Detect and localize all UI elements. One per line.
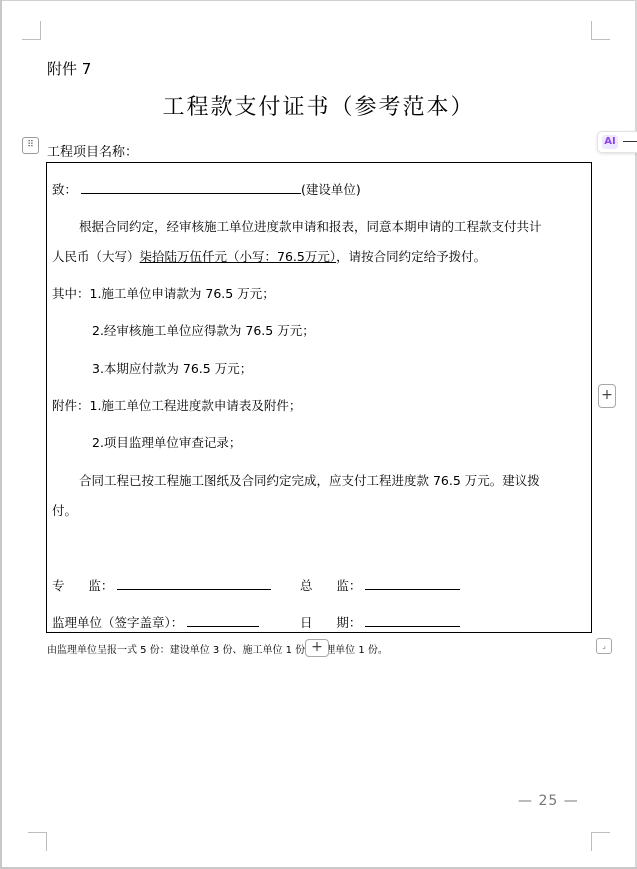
signature-row-1-right: 总 监： bbox=[300, 576, 460, 594]
amount-text: 柒拾陆万伍仟元（小写：76.5万元） bbox=[140, 249, 337, 264]
para1-line1: 根据合同约定，经审核施工单位进度款申请和报表，同意本期申请的工程款支付共计 bbox=[79, 217, 542, 235]
recipient-suffix: (建设单位) bbox=[301, 182, 361, 197]
chief-label: 总 监： bbox=[300, 578, 361, 593]
ai-assistant-button[interactable]: AI bbox=[597, 131, 637, 153]
margin-corner-top-left bbox=[22, 21, 41, 40]
attachment-item-1: 附件：1.施工单位工程进度款申请表及附件； bbox=[52, 396, 301, 414]
margin-corner-top-right bbox=[591, 21, 610, 40]
margin-corner-bottom-right bbox=[591, 832, 610, 851]
signature-row-1: 专 监： bbox=[52, 576, 271, 594]
table-resize-handle[interactable]: ⌟ bbox=[596, 638, 612, 654]
signature-row-2-right: 日 期： bbox=[300, 613, 460, 631]
para1-suffix: ，请按合同约定给予拨付。 bbox=[336, 249, 486, 264]
add-column-button[interactable]: + bbox=[598, 384, 616, 408]
page-left-edge bbox=[0, 0, 2, 869]
unit-label: 监理单位（签字盖章）： bbox=[52, 615, 183, 630]
to-label: 致： bbox=[52, 182, 77, 197]
unit-blank[interactable] bbox=[187, 614, 259, 627]
ai-icon: AI bbox=[602, 135, 618, 149]
date-label: 日 期： bbox=[300, 615, 361, 630]
table-move-handle[interactable]: ⠿ bbox=[22, 137, 39, 154]
breakdown-item-1: 其中：1.施工单位申请款为 76.5 万元； bbox=[52, 284, 275, 302]
para1-line2: 人民币（大写）柒拾陆万伍仟元（小写：76.5万元），请按合同约定给予拨付。 bbox=[52, 247, 486, 265]
project-name-label: 工程项目名称： bbox=[47, 141, 138, 160]
attachment-item-2: 2.项目监理单位审查记录； bbox=[92, 433, 241, 451]
specialist-blank[interactable] bbox=[117, 577, 271, 590]
chief-blank[interactable] bbox=[365, 577, 460, 590]
page-title: 工程款支付证书（参考范本） bbox=[0, 90, 637, 121]
distribution-footnote: 由监理单位呈报一式 5 份：建设单位 3 份、施工单位 1 份、监理单位 1 份… bbox=[47, 641, 388, 656]
add-row-button[interactable]: + bbox=[305, 639, 329, 657]
conclusion-line1: 合同工程已按工程施工图纸及合同约定完成，应支付工程进度款 76.5 万元。建议拨 bbox=[79, 471, 540, 489]
breakdown-item-2: 2.经审核施工单位应得款为 76.5 万元； bbox=[92, 321, 315, 339]
recipient-blank[interactable] bbox=[81, 181, 301, 194]
attachment-label: 附件 7 bbox=[47, 58, 91, 79]
payment-certificate-table[interactable]: 致： (建设单位) 根据合同约定，经审核施工单位进度款申请和报表，同意本期申请的… bbox=[46, 162, 592, 633]
collapse-dash-icon bbox=[623, 141, 637, 142]
specialist-label: 专 监： bbox=[52, 578, 113, 593]
page-top-edge bbox=[0, 0, 637, 1]
margin-corner-bottom-left bbox=[28, 832, 47, 851]
date-blank[interactable] bbox=[365, 614, 460, 627]
breakdown-item-3: 3.本期应付款为 76.5 万元； bbox=[92, 359, 252, 377]
conclusion-line2: 付。 bbox=[52, 501, 77, 519]
recipient-row: 致： (建设单位) bbox=[52, 180, 361, 198]
page-number: — 25 — bbox=[518, 793, 579, 809]
signature-row-2: 监理单位（签字盖章）： bbox=[52, 613, 259, 631]
rmb-label: 人民币（大写） bbox=[52, 249, 140, 264]
